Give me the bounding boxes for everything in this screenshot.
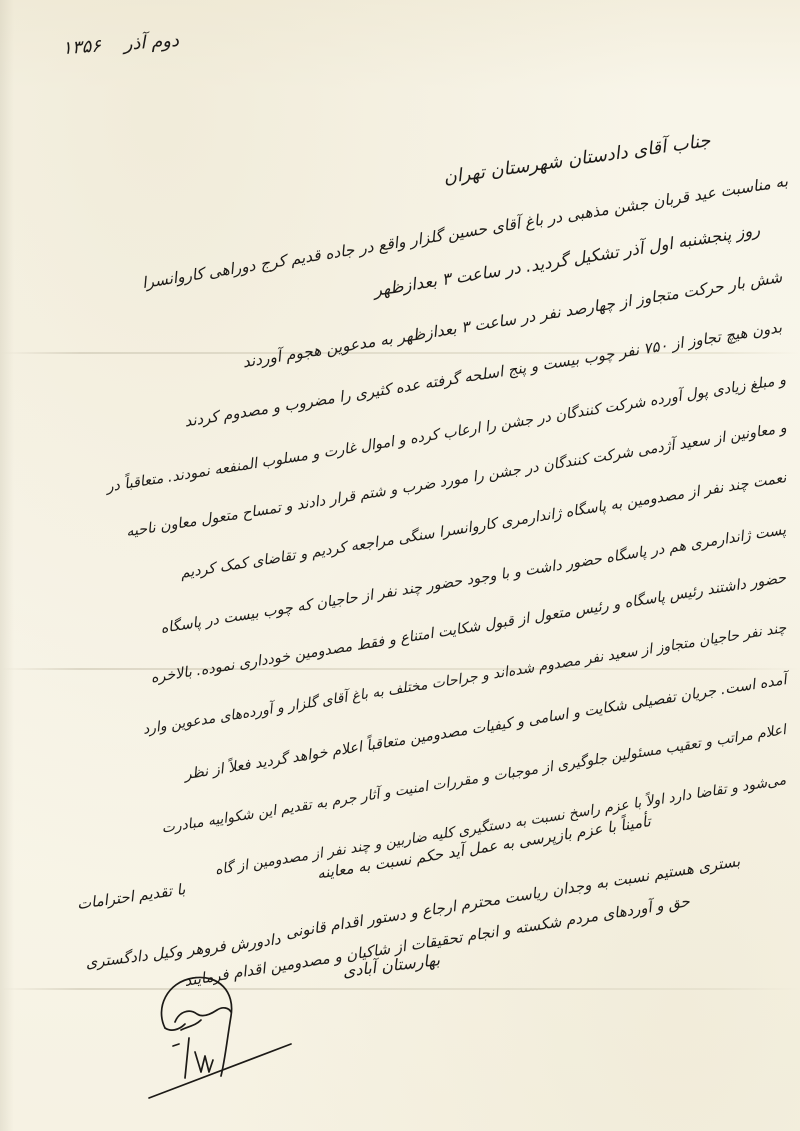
paper-edge-shadow <box>0 0 14 1131</box>
handwritten-signature-icon <box>145 960 305 1100</box>
date-day-month: دوم آذر <box>123 30 180 55</box>
date-year: ۱۳۵۶ <box>62 35 102 59</box>
paper-fold-line <box>0 352 800 354</box>
paper-fold-line <box>0 988 800 990</box>
paper-fold-line <box>0 668 800 670</box>
